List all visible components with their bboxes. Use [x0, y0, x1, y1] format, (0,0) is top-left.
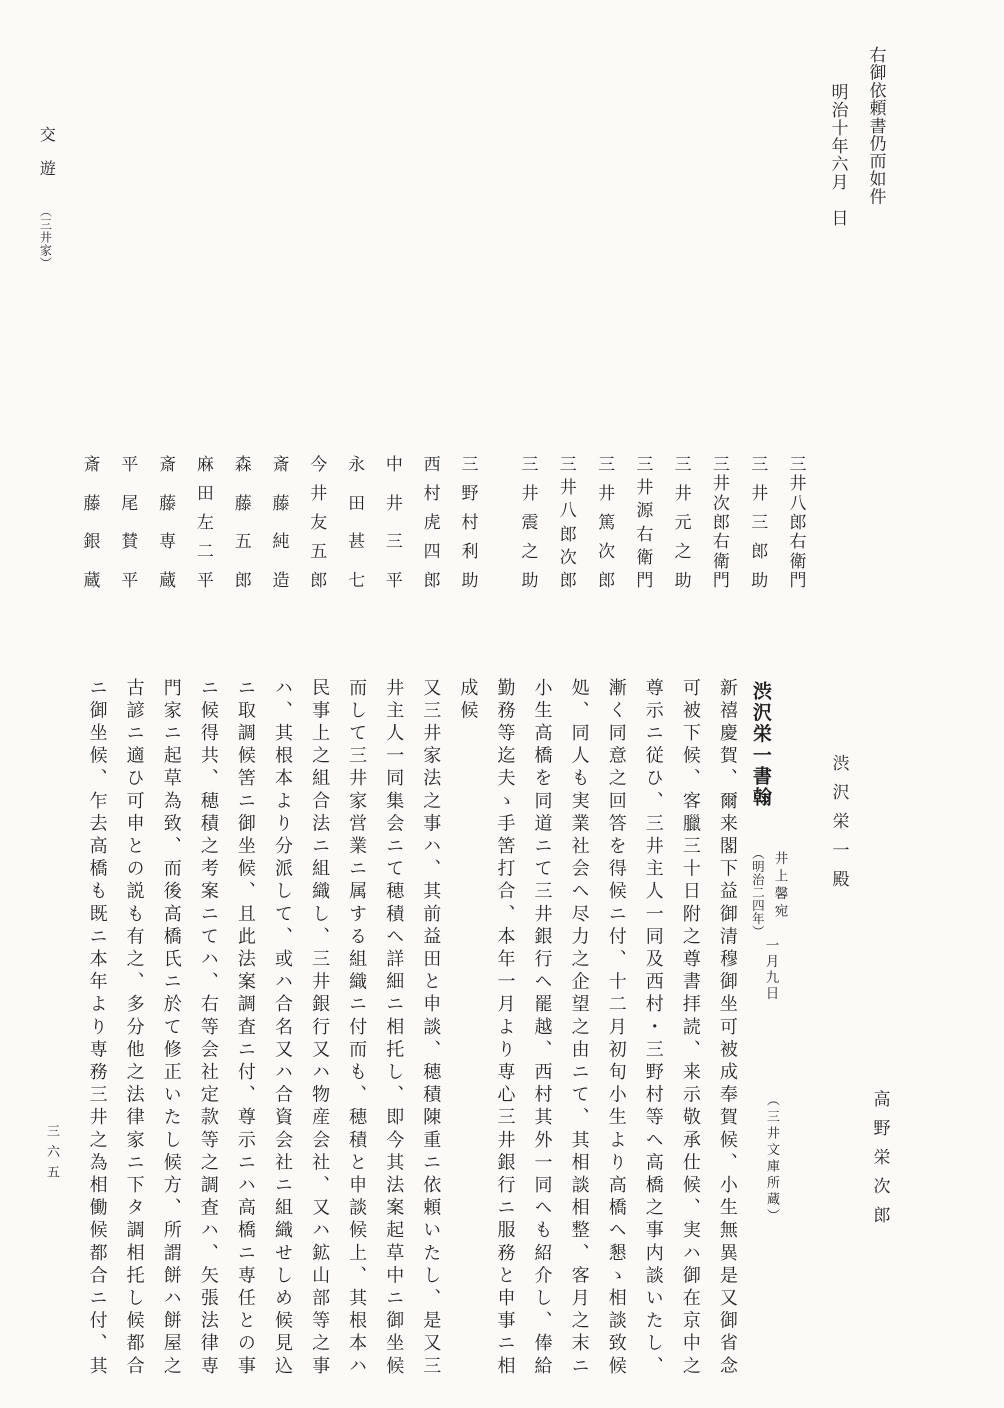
signatory-name: 平尾賛平 — [120, 456, 140, 589]
signatory-name: 三井源右衛門 — [635, 456, 655, 589]
doc1-signatories-mitsui: 三井八郎右衛門三井三郎助三井次郎右衛門三井元之助三井源右衛門三井篤次郎三井八郎次… — [520, 456, 808, 589]
signatory-name: 麻田左二平 — [195, 456, 215, 589]
doc2-body-line: 可被下候、客臘三十日附之尊書拝読、来示敬承仕候、実ハ御在京中之 — [679, 678, 701, 1402]
doc2-body-line: 漸く同意之回答を得候ニ付、十二月初旬小生より高橋ヘ懇ゝ相談致候 — [605, 678, 627, 1402]
doc2-body-line: 民事上之組合法ニ組織し、三井銀行又ハ物産会社、又ハ鉱山部等之事 — [308, 678, 330, 1402]
signatory-name: 三井元之助 — [673, 456, 693, 589]
running-header: 交 遊 （三井家） — [36, 126, 54, 270]
signatory-name: 三井震之助 — [520, 456, 540, 589]
signatory-name: 三井次郎右衛門 — [711, 456, 731, 589]
doc2-body-line: 井主人一同集会ニて穂積ヘ詳細ニ相托し、即今其法案起草中ニ御坐候 — [383, 678, 405, 1402]
doc1-closing-line: 右御依頼書仍而如件 — [866, 46, 886, 205]
doc2-letter-body: 新禧慶賀、爾来閣下益御清穆御坐可被成奉賀候、小生無異是又御省念可被下候、客臘三十… — [86, 678, 738, 1402]
signatory-name: 森藤五郎 — [233, 456, 253, 589]
doc2-body-line: 勤務等迄夫ゝ手筈打合、本年一月より専心三井銀行ニ服務と申事ニ相 — [494, 678, 516, 1402]
doc2-body-line: 成候 — [457, 678, 479, 1402]
signatory-name: 中井三平 — [384, 456, 404, 589]
signatory-name: 三井八郎右衛門 — [788, 456, 808, 589]
doc2-body-line: ハ、其根本より分派して、或ハ合名又ハ合資会社ニ組織せしめ候見込 — [271, 678, 293, 1402]
doc2-body-line: 尊示ニ従ひ、三井主人一同及西村・三野村等ヘ高橋之事内談いたし、 — [642, 678, 664, 1402]
doc2-year-note: （明治二四年） — [750, 847, 764, 938]
signatory-name: 永田甚七 — [347, 456, 367, 589]
signatory-name: 西村虎四郎 — [422, 456, 442, 589]
signatory-name: 三野村利助 — [460, 456, 480, 589]
signatory-name: 三井三郎助 — [750, 456, 770, 589]
page-number: 三六五 — [44, 1124, 59, 1186]
doc2-body-line: ニ候得共、穂積之考案ニてハ、右等会社定款等之調査ハ、矢張法律専 — [197, 678, 219, 1402]
doc2-title: 渋沢栄一書翰 — [749, 681, 771, 808]
doc2-source-note: （三井文庫所蔵） — [764, 1093, 779, 1225]
doc2-day-note: 一月九日 — [763, 938, 779, 1002]
running-header-family-note: （三井家） — [38, 205, 52, 270]
doc1-signatories-staff: 三野村利助西村虎四郎中井三平永田甚七今井友五郎斎藤純造森藤五郎麻田左二平斎藤専蔵… — [82, 456, 480, 589]
signatory-name: 斎藤銀蔵 — [82, 456, 102, 589]
doc2-recipient-note: 井上馨宛 — [772, 851, 788, 921]
signatory-name: 三井八郎次郎 — [558, 456, 578, 589]
doc2-body-line: 処、同人も実業社会ヘ尽力之企望之由ニて、其相談相整、客月之末ニ — [568, 678, 590, 1402]
signatory-name: 今井友五郎 — [309, 456, 329, 589]
book-page: 交 遊 （三井家） 右御依頼書仍而如件 明治十年六月 日 三井八郎右衛門三井三郎… — [0, 0, 1004, 1408]
doc2-body-line: 又三井家法之事ハ、其前益田と申談、穂積陳重ニ依頼いたし、是又三 — [420, 678, 442, 1402]
doc1-addressee: 渋沢栄一殿 — [830, 755, 852, 888]
doc2-body-line: 新禧慶賀、爾来閣下益御清穆御坐可被成奉賀候、小生無異是又御省念 — [716, 678, 738, 1402]
signatory-name: 斎藤専蔵 — [158, 456, 178, 589]
running-header-title: 交 遊 — [37, 126, 54, 177]
doc2-body-line: ニ御坐候、乍去高橋も既ニ本年より専務三井之為相働候都合ニ付、其 — [86, 678, 108, 1402]
doc2-body-line: 小生高橋を同道ニて三井銀行ヘ罷越、西村其外一同ヘも紹介し、俸給 — [531, 678, 553, 1402]
doc2-body-line: ニ取調候筈ニ御坐候、且此法案調査ニ付、尊示ニハ高橋ニ専任との事 — [234, 678, 256, 1402]
signatory-name: 三井篤次郎 — [597, 456, 617, 589]
doc1-last-signatory: 高野栄次郎 — [871, 1091, 893, 1224]
doc2-body-line: 古諺ニ適ひ可申との説も有之、多分他之法律家ニ下タ調相托し候都合 — [123, 678, 145, 1402]
doc2-body-line: 而して三井家営業ニ属する組織ニ付而も、穂積と申談候上、其根本ハ — [346, 678, 368, 1402]
signatory-name: 斎藤純造 — [271, 456, 291, 589]
doc1-date-line: 明治十年六月 日 — [828, 83, 848, 227]
doc2-body-line: 門家ニ起草為致、而後高橋氏ニ於て修正いたし候方、所謂餅ハ餅屋之 — [160, 678, 182, 1402]
